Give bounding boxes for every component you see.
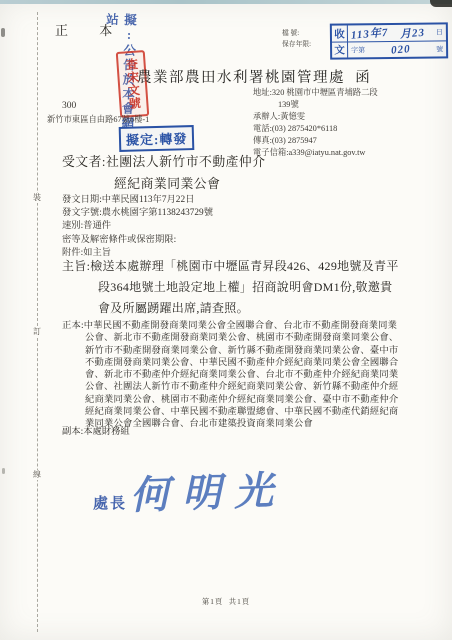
approval-stamp: 擬定:轉發	[119, 125, 195, 152]
originals-text: 中華民國不動產開發商業同業公會全國聯合會、台北市不動產開發商業同業公會、新北市不…	[84, 321, 399, 429]
sender-contact-person: 承辦人:黃憶雯	[253, 111, 378, 123]
document-meta: 發文日期:中華民國113年7月22日 發文字號:農水桃園字第1138243729…	[62, 194, 213, 260]
meta-issue-number: 發文字號:農水桃園字第1138243729號	[62, 207, 213, 220]
receipt-head-wen: 文	[332, 42, 348, 57]
signature-handwritten: 何明光	[129, 459, 287, 520]
copy-recipients-line: 副本:本處財務組	[62, 423, 130, 437]
file-labels: 檔 號: 保存年限:	[282, 28, 322, 50]
receipt-number-suffix: 號	[436, 44, 443, 54]
subject-label: 主旨:	[62, 259, 90, 273]
sender-phone: 電話:(03) 2875420*6118	[253, 123, 378, 135]
subject-text: 檢送本處辦理「桃園市中壢區青昇段426、429地號及青平段364地號土地設定地上…	[90, 259, 398, 315]
meta-classification: 密等及解密條件或保密期限:	[62, 234, 213, 247]
sender-address-line2: 139號	[253, 99, 378, 111]
signer-title: 處長	[93, 492, 127, 513]
sender-contact-block: 地址:320 桃園市中壢區青埔路二段 139號 承辦人:黃憶雯 電話:(03) …	[253, 87, 378, 160]
copies-label: 副本:	[62, 427, 83, 437]
receipt-day-suffix: 日	[436, 27, 443, 37]
original-recipients-paragraph: 正本:中華民國不動產開發商業同業公會全國聯合會、台北市不動產開發商業同業公會、新…	[62, 320, 402, 431]
recipient-address: 新竹市東區自由路67號6樓-1	[47, 113, 149, 125]
receipt-handwritten-number: 020	[390, 43, 410, 57]
receipt-number-prefix: 字第	[351, 45, 365, 55]
meta-priority: 速別:普通件	[62, 220, 213, 233]
addressee-line2: 經紀商業同業公會	[114, 173, 220, 192]
scanned-official-letter: 裝 訂 線 正 本 擬:公告於本會網站 查宋文號 農業部農田水利署桃園管理處 函…	[0, 0, 452, 640]
meta-issue-date: 發文日期:中華民國113年7月22日	[62, 194, 213, 207]
binding-dashed-line	[37, 12, 38, 632]
page-footer: 第1頁 共1頁	[0, 597, 452, 607]
scan-edge-strip	[0, 0, 452, 4]
copies-text: 本處財務組	[83, 427, 130, 437]
receipt-head-shou: 收	[332, 25, 348, 41]
addressee-line1: 受文者:社團法人新竹市不動產仲介	[62, 151, 266, 170]
binding-mark-zhuang: 裝	[30, 193, 44, 203]
receipt-handwritten-year: 113年7	[350, 24, 389, 43]
originals-label: 正本:	[62, 321, 84, 331]
receipt-handwritten-day: 月23	[399, 24, 425, 42]
receipt-row-date: 收 113年7 月23 日	[332, 24, 446, 41]
receipt-row-number: 文 字第 020 號	[332, 40, 446, 57]
recipient-zip: 300	[62, 101, 76, 111]
binding-mark-xian: 線	[30, 470, 44, 480]
retention-label: 保存年限:	[282, 39, 322, 50]
document-title: 農業部農田水利署桃園管理處 函	[137, 66, 371, 87]
sender-fax: 傳真:(03) 2875947	[253, 135, 378, 147]
receipt-stamp: 收 113年7 月23 日 文 字第 020 號	[330, 22, 448, 59]
binding-mark-ding: 訂	[30, 327, 44, 337]
scan-speck	[2, 468, 5, 474]
sender-address-line1: 地址:320 桃園市中壢區青埔路二段	[253, 87, 378, 99]
scan-speck	[1, 28, 5, 37]
subject-paragraph: 主旨:檢送本處辦理「桃園市中壢區青昇段426、429地號及青平段364地號土地設…	[62, 256, 402, 318]
sender-email: 電子信箱:a339@iatyu.nat.gov.tw	[253, 147, 378, 159]
scan-corner-artifact	[430, 0, 452, 7]
file-number-label: 檔 號:	[282, 28, 322, 39]
